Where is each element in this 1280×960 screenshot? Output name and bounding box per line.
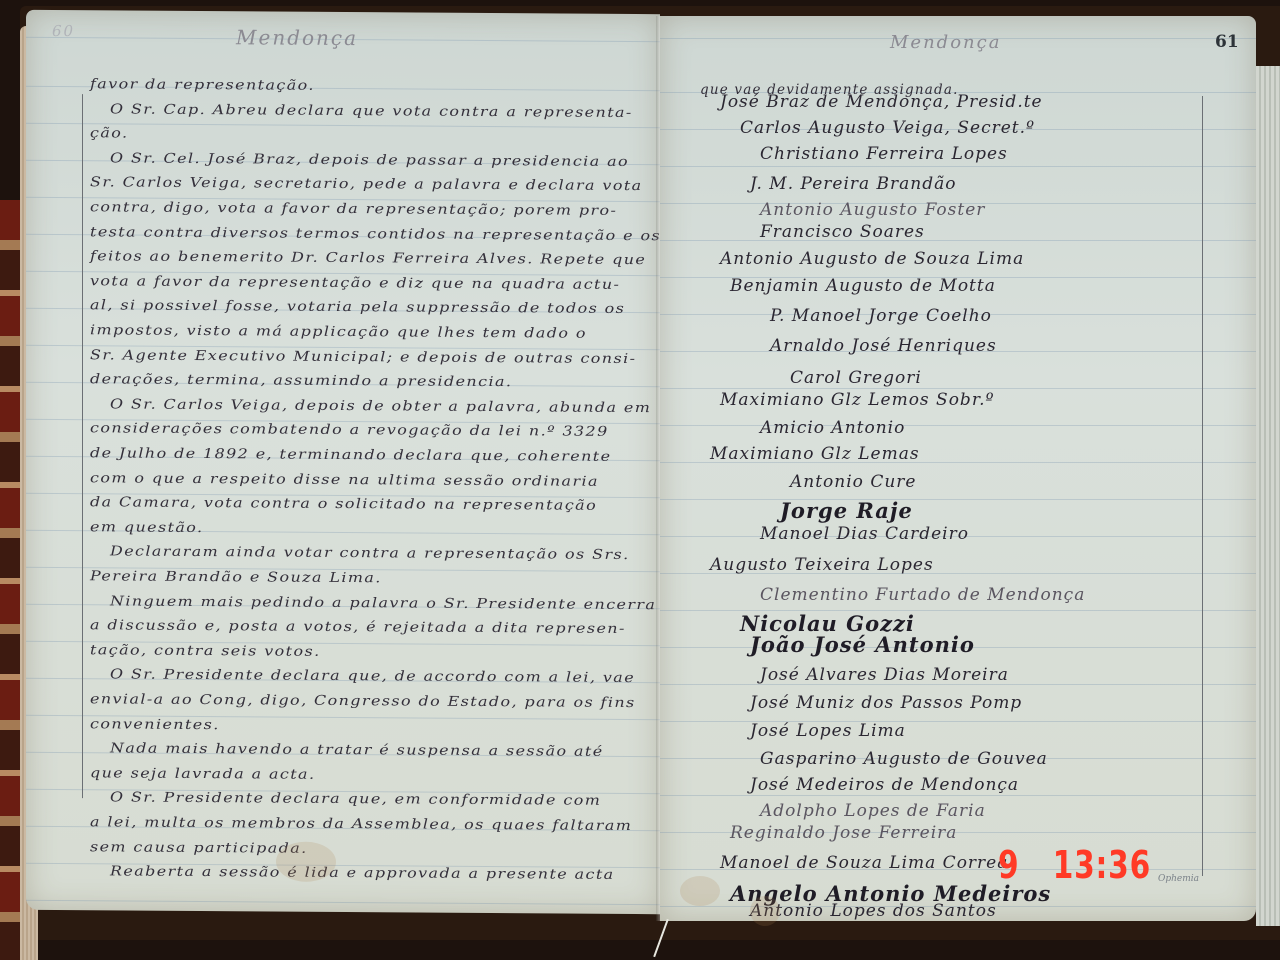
signature: Augusto Teixeira Lopes bbox=[710, 555, 934, 575]
minutes-line: favor da representação. bbox=[90, 76, 315, 94]
minutes-line: convenientes. bbox=[90, 716, 220, 733]
minutes-line: O Sr. Presidente declara que, em conform… bbox=[110, 790, 601, 809]
minutes-line: Declararam ainda votar contra a represen… bbox=[110, 544, 630, 564]
signature: Clementino Furtado de Mendonça bbox=[760, 585, 1085, 605]
minutes-line: O Sr. Presidente declara que, de accordo… bbox=[110, 667, 635, 687]
left-margin-rule bbox=[82, 94, 83, 798]
signature: Antonio Lopes dos Santos bbox=[750, 901, 997, 921]
minutes-line: O Sr. Cel. José Braz, depois de passar a… bbox=[110, 150, 629, 170]
signature: Francisco Soares bbox=[760, 222, 925, 242]
signature: Carlos Augusto Veiga, Secret.º bbox=[740, 118, 1035, 138]
minutes-line: ção. bbox=[90, 125, 128, 141]
minutes-line: Nada mais havendo a tratar é suspensa a … bbox=[110, 741, 604, 760]
right-page: Mendonça 61 que vae devidamente assignad… bbox=[660, 16, 1256, 921]
page-stack-right bbox=[1256, 66, 1280, 926]
minutes-line: contra, digo, vota a favor da representa… bbox=[90, 199, 617, 219]
signature: José Braz de Mendonça, Presid.te bbox=[720, 92, 1043, 112]
date-fragment: 9 bbox=[998, 843, 1019, 887]
running-heading: Mendonça bbox=[890, 32, 1001, 53]
signature: Jorge Raje bbox=[780, 498, 913, 523]
signature: José Alvares Dias Moreira bbox=[760, 665, 1009, 685]
signature: João José Antonio bbox=[750, 632, 975, 657]
minutes-line: Reaberta a sessão é lida e approvada a p… bbox=[110, 864, 615, 884]
minutes-line: Sr. Carlos Veiga, secretario, pede a pal… bbox=[90, 175, 643, 195]
minutes-line: testa contra diversos termos contidos na… bbox=[90, 224, 661, 244]
stamp-text: Ophemia bbox=[1158, 874, 1199, 884]
minutes-line: Sr. Agente Executivo Municipal; e depois… bbox=[90, 347, 636, 367]
minutes-line: O Sr. Cap. Abreu declara que vota contra… bbox=[110, 101, 633, 121]
signature: Antonio Cure bbox=[790, 472, 916, 492]
minutes-line: considerações combatendo a revogação da … bbox=[90, 421, 609, 441]
signature: José Medeiros de Mendonça bbox=[750, 775, 1019, 795]
signature: P. Manoel Jorge Coelho bbox=[770, 306, 992, 326]
left-page: 60 Mendonça favor da representação.O Sr.… bbox=[26, 10, 660, 914]
camera-timestamp: 9 13:36 bbox=[998, 843, 1151, 887]
minutes-line: O Sr. Carlos Veiga, depois de obter a pa… bbox=[110, 396, 651, 416]
signature: Arnaldo José Henriques bbox=[770, 336, 997, 356]
signature: Christiano Ferreira Lopes bbox=[760, 144, 1008, 164]
right-margin-rule bbox=[1202, 96, 1203, 876]
minutes-line: sem causa participada. bbox=[90, 839, 308, 857]
minutes-line: vota a favor da representação e diz que … bbox=[90, 273, 620, 293]
minutes-line: a discussão e, posta a votos, é rejeitad… bbox=[90, 617, 626, 637]
signature: Manoel Dias Cardeiro bbox=[760, 524, 969, 544]
signature: José Muniz dos Passos Pomp bbox=[750, 693, 1022, 713]
minutes-line: de Julho de 1892 e, terminando declara q… bbox=[90, 445, 611, 465]
minutes-line: Ninguem mais pedindo a palavra o Sr. Pre… bbox=[110, 593, 656, 613]
minutes-line: tação, contra seis votos. bbox=[90, 642, 321, 660]
signature: Benjamin Augusto de Motta bbox=[730, 276, 996, 296]
minutes-line: em questão. bbox=[90, 519, 204, 536]
running-heading: Mendonça bbox=[236, 25, 358, 50]
minutes-line: al, si possivel fosse, votaria pela supp… bbox=[90, 298, 625, 318]
page-number: 61 bbox=[1215, 32, 1239, 52]
signature: J. M. Pereira Brandão bbox=[750, 174, 957, 194]
minutes-line: Pereira Brandão e Souza Lima. bbox=[90, 568, 382, 586]
signature: Carol Gregori bbox=[790, 368, 922, 388]
signature: Maximiano Glz Lemas bbox=[710, 444, 920, 464]
signature: Gasparino Augusto de Gouvea bbox=[760, 749, 1048, 769]
minutes-line: envial-a ao Cong, digo, Congresso do Est… bbox=[90, 691, 636, 711]
signature: Adolpho Lopes de Faria bbox=[760, 801, 986, 821]
signature: Antonio Augusto de Souza Lima bbox=[720, 249, 1024, 269]
minutes-line: impostos, visto a má applicação que lhes… bbox=[90, 322, 587, 341]
minutes-line: derações, termina, assumindo a presidenc… bbox=[90, 371, 512, 390]
minutes-line: que seja lavrada a acta. bbox=[90, 765, 315, 783]
signature: Amicio Antonio bbox=[760, 418, 905, 438]
faded-page-number: 60 bbox=[52, 22, 75, 40]
signature: Antonio Augusto Foster bbox=[760, 200, 985, 220]
minutes-line: da Camara, vota contra o solicitado na r… bbox=[90, 494, 597, 514]
minutes-line: feitos ao benemerito Dr. Carlos Ferreira… bbox=[90, 248, 646, 268]
minutes-line: a lei, multa os membros da Assemblea, os… bbox=[90, 814, 632, 834]
time: 13:36 bbox=[1053, 843, 1151, 887]
signature: Maximiano Glz Lemos Sobr.º bbox=[720, 390, 994, 410]
signature: Reginaldo Jose Ferreira bbox=[730, 823, 957, 843]
signature: José Lopes Lima bbox=[750, 721, 906, 741]
signature: Manoel de Souza Lima Correa bbox=[720, 853, 1008, 873]
ledger-book: 60 Mendonça favor da representação.O Sr.… bbox=[20, 6, 1280, 940]
minutes-line: com o que a respeito disse na ultima ses… bbox=[90, 470, 599, 490]
minutes-text: favor da representação.O Sr. Cap. Abreu … bbox=[26, 10, 660, 14]
